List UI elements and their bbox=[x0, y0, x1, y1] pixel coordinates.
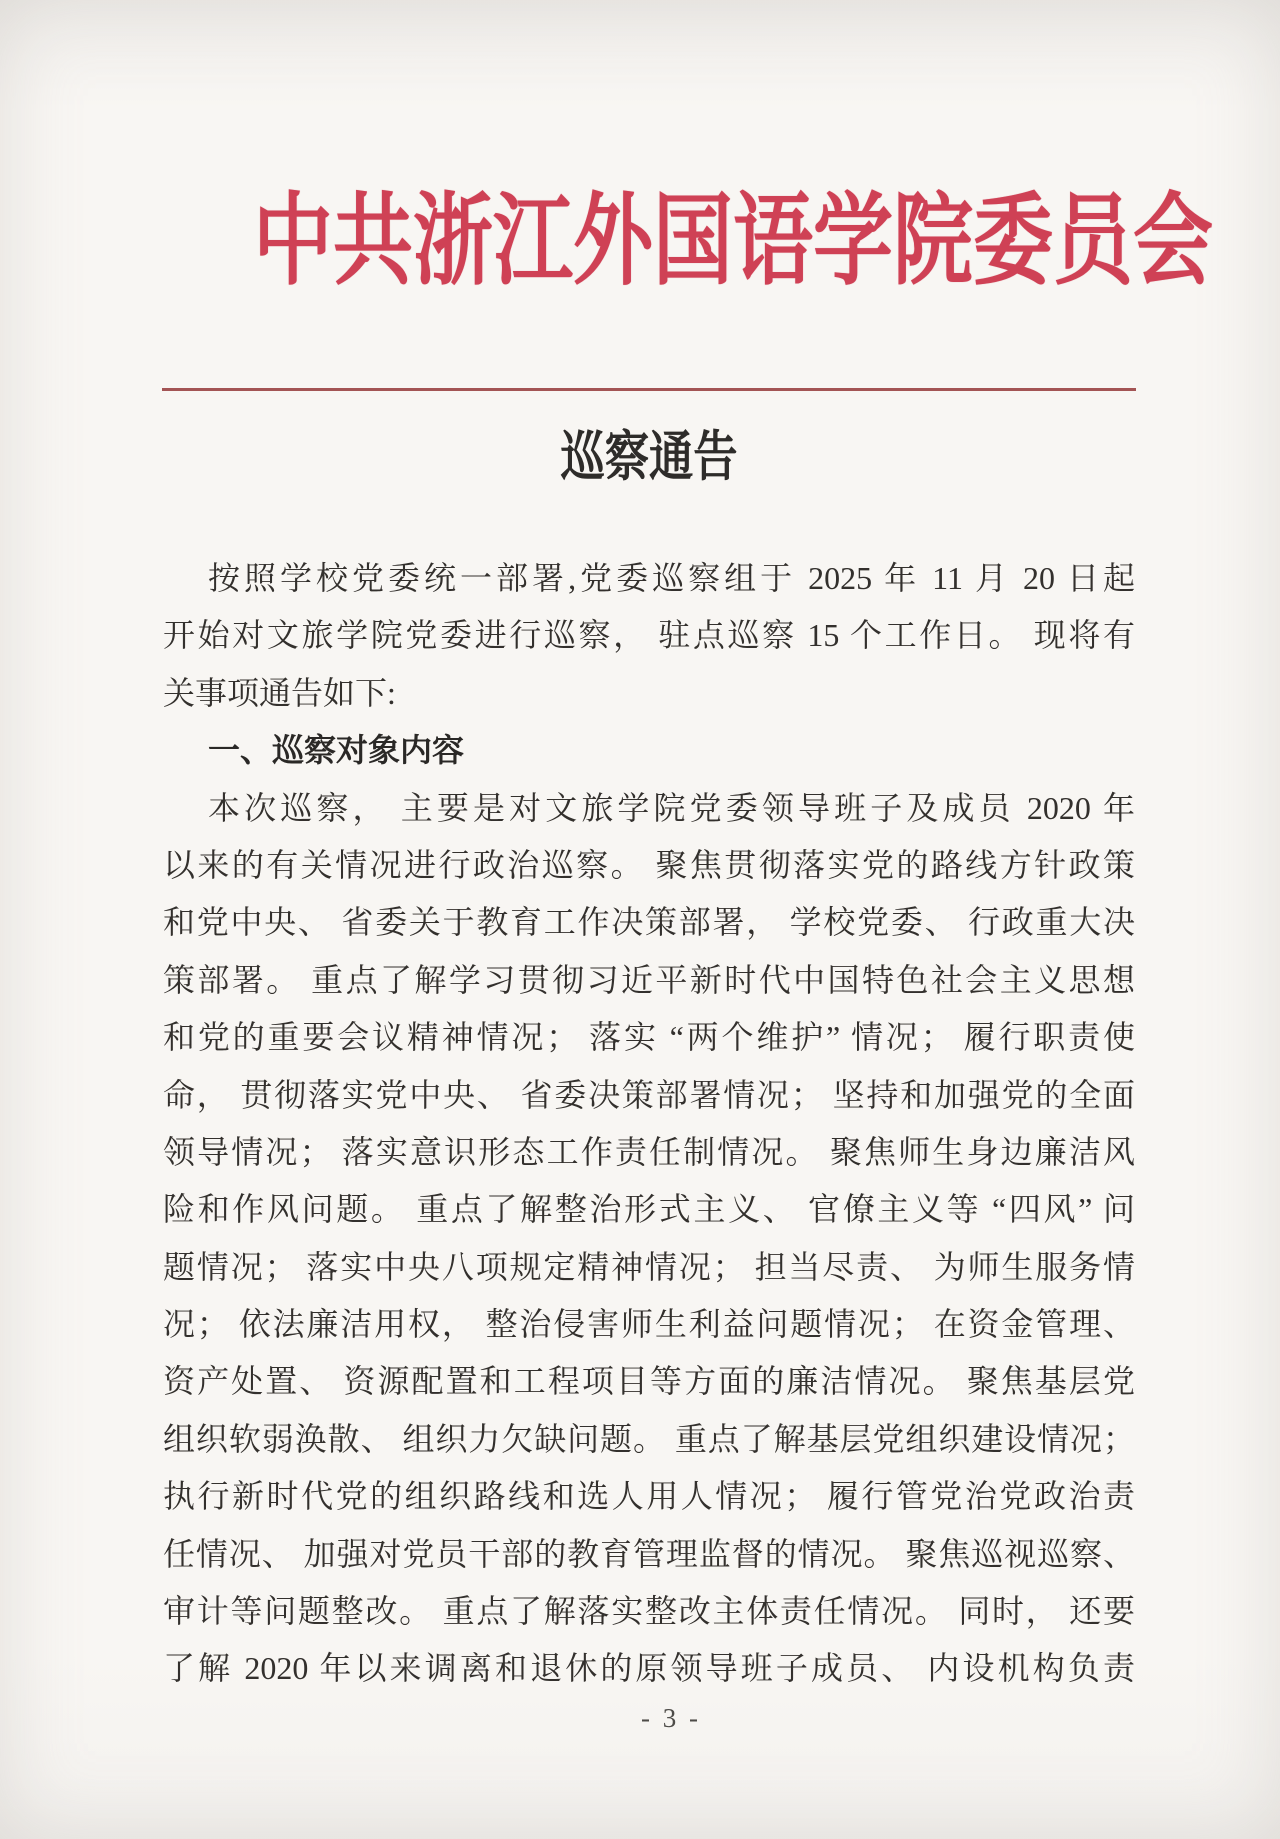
body-line: 况； 依法廉洁用权， 整治侵害师生利益问题情况； 在资金管理、 bbox=[163, 1296, 1135, 1353]
body-line: 组织软弱涣散、 组织力欠缺问题。 重点了解基层党组织建设情况； bbox=[163, 1411, 1135, 1468]
body-line: 了解 2020 年以来调离和退休的原领导班子成员、 内设机构负责 bbox=[163, 1640, 1135, 1697]
body-line: 领导情况； 落实意识形态工作责任制情况。 聚焦师生身边廉洁风 bbox=[163, 1124, 1135, 1181]
page-number: - 3 - bbox=[185, 1700, 1157, 1736]
body-line: 开始对文旅学院党委进行巡察， 驻点巡察 15 个工作日。 现将有 bbox=[163, 607, 1135, 664]
document-body: 按照学校党委统一部署,党委巡察组于 2025 年 11 月 20 日起开始对文旅… bbox=[163, 550, 1135, 1698]
body-line: 和党中央、 省委关于教育工作决策部署， 学校党委、 行政重大决 bbox=[163, 894, 1135, 951]
body-line: 任情况、 加强对党员干部的教育管理监督的情况。 聚焦巡视巡察、 bbox=[163, 1526, 1135, 1583]
body-line: 审计等问题整改。 重点了解落实整改主体责任情况。 同时， 还要 bbox=[163, 1583, 1135, 1640]
body-line: 以来的有关情况进行政治巡察。 聚焦贯彻落实党的路线方针政策 bbox=[163, 837, 1135, 894]
committee-header-title: 中共浙江外国语学院委员会 bbox=[253, 186, 1045, 298]
body-line: 和党的重要会议精神情况； 落实 “两个维护” 情况； 履行职责使 bbox=[163, 1009, 1135, 1066]
body-line: 题情况； 落实中央八项规定精神情况； 担当尽责、 为师生服务情 bbox=[163, 1239, 1135, 1296]
body-line: 资产处置、 资源配置和工程项目等方面的廉洁情况。 聚焦基层党 bbox=[163, 1353, 1135, 1410]
scanned-document-page: 中共浙江外国语学院委员会 巡察通告 按照学校党委统一部署,党委巡察组于 2025… bbox=[0, 0, 1280, 1839]
body-line: 命， 贯彻落实党中央、 省委决策部署情况； 坚持和加强党的全面 bbox=[163, 1067, 1135, 1124]
red-header-divider bbox=[162, 388, 1136, 391]
body-line: 险和作风问题。 重点了解整治形式主义、 官僚主义等 “四风” 问 bbox=[163, 1181, 1135, 1238]
section-heading: 一、巡察对象内容 bbox=[163, 722, 1135, 779]
document-title: 巡察通告 bbox=[243, 426, 1055, 488]
body-line: 本次巡察， 主要是对文旅学院党委领导班子及成员 2020 年 bbox=[163, 780, 1135, 837]
body-line: 执行新时代党的组织路线和选人用人情况； 履行管党治党政治责 bbox=[163, 1468, 1135, 1525]
body-line: 策部署。 重点了解学习贯彻习近平新时代中国特色社会主义思想 bbox=[163, 952, 1135, 1009]
body-line: 按照学校党委统一部署,党委巡察组于 2025 年 11 月 20 日起 bbox=[163, 550, 1135, 607]
body-line: 关事项通告如下: bbox=[163, 665, 1135, 722]
